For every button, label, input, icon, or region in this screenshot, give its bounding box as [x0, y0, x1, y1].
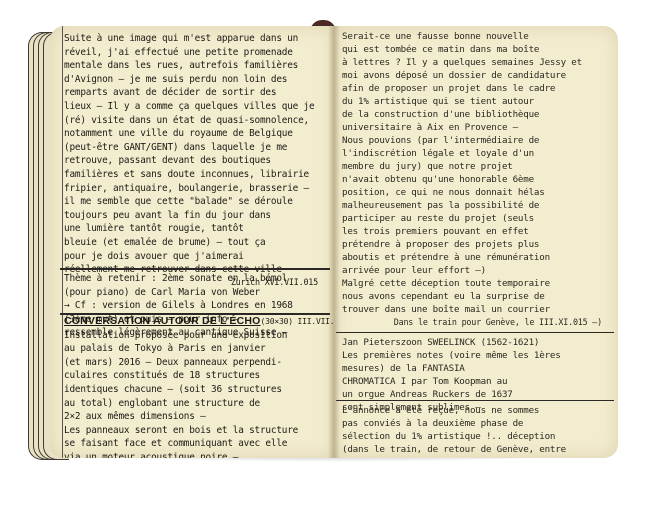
text-line: arrivée pour leur effort —) — [342, 264, 612, 277]
text-line: bleuie (et emalée de brume) — tout ça — [64, 236, 328, 250]
notebook-spine — [328, 26, 340, 458]
margin-line — [62, 26, 63, 458]
text-line: pour je dois avouer que j'aimerai — [64, 250, 328, 264]
text-line: culaires constitués de 18 structures — [64, 369, 328, 383]
text-line: Installation proposée pour une expositio… — [64, 329, 328, 343]
text-line: mesures) de la FANTASIA — [342, 362, 612, 375]
text-line: à lettres ? Il y a quelques semaines Jes… — [342, 56, 612, 69]
section-divider — [336, 400, 614, 401]
text-line: position, ce qui ne nous donnait hélas — [342, 186, 612, 199]
text-line: 2×2 aux mêmes dimensions — — [64, 410, 328, 424]
text-line: Serait-ce une fausse bonne nouvelle — [342, 30, 612, 43]
text-line: L'annonce a été reçue, nous ne sommes — [342, 404, 612, 417]
text-line: membre du jury) que notre projet — [342, 160, 612, 173]
text-line: familières et sans doute inconnues, libr… — [64, 168, 328, 182]
text-line: Jan Pieterszoon SWEELINCK (1562-1621) — [342, 336, 612, 349]
text-line: Nous pouvions (par l'intermédiaire de — [342, 134, 612, 147]
text-line: du 1% artistique qui se tient autour — [342, 95, 612, 108]
text-line: de la construction d'une bibliothèque — [342, 108, 612, 121]
text-line: se faisant face et communiquant avec ell… — [64, 437, 328, 451]
text-line: trouver dans une boîte mail un courrier — [342, 303, 612, 316]
text-line: pas conviés à la deuxième phase de — [342, 417, 612, 430]
text-line: aboutis et prétendre à une rémunération — [342, 251, 612, 264]
text-line: universitaire à Aix en Provence — — [342, 121, 612, 134]
entry-selection-result: L'annonce a été reçue, nous ne sommes pa… — [342, 404, 612, 456]
text-line: Les premières notes (voire même les 1ère… — [342, 349, 612, 362]
text-line: Les panneaux seront en bois et la struct… — [64, 424, 328, 438]
text-line: participer au reste du projet (seuls — [342, 212, 612, 225]
text-line: qui est tombée ce matin dans ma boîte — [342, 43, 612, 56]
text-line: prétendre à proposer des projets plus — [342, 238, 612, 251]
text-line: Suite à une image qui m'est apparue dans… — [64, 32, 328, 46]
entry-sweelinck: Jan Pieterszoon SWEELINCK (1562-1621) Le… — [342, 336, 612, 414]
text-line: d'Avignon — je me suis perdu non loin de… — [64, 73, 328, 87]
entry-heading: CONVERSATION AUTOUR DE L'ÉCHO — [64, 315, 261, 329]
text-line: (et mars) 2016 — Deux panneaux perpendi- — [64, 356, 328, 370]
text-line: sélection du 1% artistique !.. déception — [342, 430, 612, 443]
text-line: au palais de Tokyo à Paris en janvier — [64, 342, 328, 356]
entry-library-project: Serait-ce une fausse bonne nouvelle qui … — [342, 30, 612, 329]
text-line: CHROMATICA I par Tom Koopman au — [342, 375, 612, 388]
section-divider — [336, 332, 614, 333]
right-page: Serait-ce une fausse bonne nouvelle qui … — [334, 26, 618, 458]
text-line: (ré) visite dans un état de quasi-somnol… — [64, 114, 328, 128]
text-line: retrouve, passant devant des boutiques — [64, 154, 328, 168]
text-line: mentale dans les rues, autrefois familiè… — [64, 59, 328, 73]
text-line: Thème à retenir : 2ème sonate en la bémo… — [64, 272, 328, 286]
text-line: lieux — Il y a comme ça quelques villes … — [64, 100, 328, 114]
text-line: il me semble que cette "balade" se dérou… — [64, 195, 328, 209]
text-line: remparts avant de décider de sortir des — [64, 86, 328, 100]
dimensions-note: (30×30) — [261, 317, 293, 326]
text-line: (peut-être GANT/GENT) dans laquelle je m… — [64, 141, 328, 155]
text-line: réveil, j'ai effectué une petite promena… — [64, 46, 328, 60]
text-line: n'avait obtenu qu'une honorable 6ème — [342, 173, 612, 186]
text-line: notamment une ville du royaume de Belgiq… — [64, 127, 328, 141]
text-line: nous avons cependant eu la surprise de — [342, 290, 612, 303]
text-line: toujours peu avant la fin du jour dans — [64, 209, 328, 223]
text-line: (dans le train, de retour de Genève, ent… — [342, 443, 612, 456]
text-line: via un moteur acoustique noire — — [64, 451, 328, 458]
text-line: une lumière tantôt rougie, tantôt — [64, 222, 328, 236]
text-line: fripier, antiquaire, boulangerie, brasse… — [64, 182, 328, 196]
entry-signature: Dans le train pour Genève, le III.XI.015… — [342, 316, 612, 329]
section-divider — [60, 268, 330, 270]
text-line: les trois premiers pouvant en effet — [342, 225, 612, 238]
open-notebook: Suite à une image qui m'est apparue dans… — [28, 26, 620, 462]
text-line: moi avons déposé un dossier de candidatu… — [342, 69, 612, 82]
text-line: identiques chacune — (soit 36 structures — [64, 383, 328, 397]
left-page: Suite à une image qui m'est apparue dans… — [50, 26, 334, 458]
text-line: l'indiscrétion légale et loyale d'un — [342, 147, 612, 160]
entry-dream-city: Suite à une image qui m'est apparue dans… — [64, 32, 328, 277]
text-line: Malgré cette déception toute temporaire — [342, 277, 612, 290]
text-line: afin de proposer un projet dans le cadre — [342, 82, 612, 95]
text-line: malheureusement pas la possibilité de — [342, 199, 612, 212]
text-line: au total) englobant une structure de — [64, 397, 328, 411]
text-line: (pour piano) de Carl Maria von Weber — [64, 286, 328, 300]
entry-echo-installation: CONVERSATION AUTOUR DE L'ÉCHO (30×30) II… — [64, 315, 328, 458]
text-line: → Cf : version de Gilels à Londres en 19… — [64, 299, 328, 313]
